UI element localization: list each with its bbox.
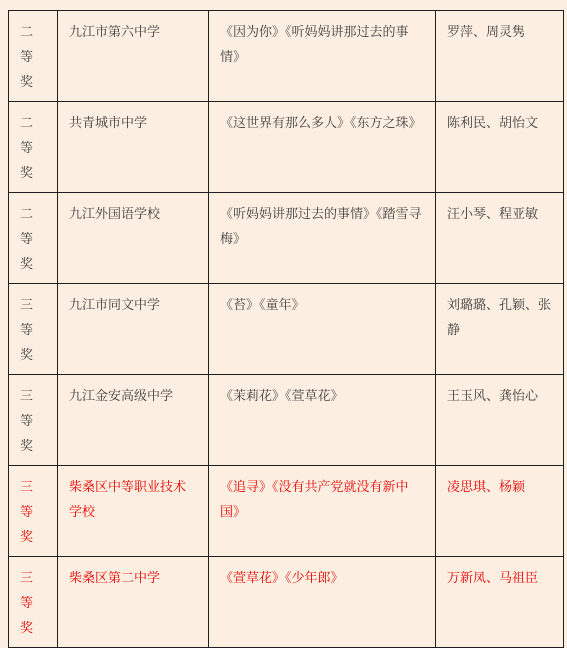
table-row-highlighted: 三 等 奖 柴桑区中等职业技术学校 《追寻》《没有共产党就没有新中国》 凌思琪、… xyxy=(9,466,564,557)
table-row: 二 等 奖 九江外国语学校 《听妈妈讲那过去的事情》《踏雪寻梅》 汪小琴、程亚敏 xyxy=(9,193,564,284)
page: 二 等 奖 九江市第六中学 《因为你》《听妈妈讲那过去的事情》 罗萍、周灵隽 二… xyxy=(0,0,567,411)
awards-table: 二 等 奖 九江市第六中学 《因为你》《听妈妈讲那过去的事情》 罗萍、周灵隽 二… xyxy=(8,10,564,648)
teachers-cell: 汪小琴、程亚敏 xyxy=(436,193,564,284)
school-cell: 九江市同文中学 xyxy=(58,284,209,375)
school-cell: 九江市第六中学 xyxy=(58,11,209,102)
songs-cell: 《萱草花》《少年郎》 xyxy=(209,557,436,648)
teachers-cell: 王玉风、龚怡心 xyxy=(436,375,564,466)
award-cell: 二 等 奖 xyxy=(9,11,58,102)
songs-cell: 《追寻》《没有共产党就没有新中国》 xyxy=(209,466,436,557)
table-row: 三 等 奖 九江市同文中学 《苔》《童年》 刘璐璐、孔颖、张静 xyxy=(9,284,564,375)
teachers-cell: 罗萍、周灵隽 xyxy=(436,11,564,102)
teachers-cell: 刘璐璐、孔颖、张静 xyxy=(436,284,564,375)
songs-cell: 《苔》《童年》 xyxy=(209,284,436,375)
school-cell: 柴桑区中等职业技术学校 xyxy=(58,466,209,557)
award-cell: 三 等 奖 xyxy=(9,466,58,557)
teachers-cell: 凌思琪、杨颖 xyxy=(436,466,564,557)
songs-cell: 《茉莉花》《萱草花》 xyxy=(209,375,436,466)
award-cell: 三 等 奖 xyxy=(9,375,58,466)
table-row: 二 等 奖 共青城市中学 《这世界有那么多人》《东方之珠》 陈利民、胡怡文 xyxy=(9,102,564,193)
teachers-cell: 陈利民、胡怡文 xyxy=(436,102,564,193)
school-cell: 柴桑区第二中学 xyxy=(58,557,209,648)
table-row: 三 等 奖 九江金安高级中学 《茉莉花》《萱草花》 王玉风、龚怡心 xyxy=(9,375,564,466)
award-cell: 三 等 奖 xyxy=(9,557,58,648)
table-row-highlighted: 三 等 奖 柴桑区第二中学 《萱草花》《少年郎》 万新凤、马祖臣 xyxy=(9,557,564,648)
award-cell: 二 等 奖 xyxy=(9,193,58,284)
songs-cell: 《因为你》《听妈妈讲那过去的事情》 xyxy=(209,11,436,102)
award-cell: 三 等 奖 xyxy=(9,284,58,375)
songs-cell: 《听妈妈讲那过去的事情》《踏雪寻梅》 xyxy=(209,193,436,284)
school-cell: 九江金安高级中学 xyxy=(58,375,209,466)
school-cell: 九江外国语学校 xyxy=(58,193,209,284)
table-row: 二 等 奖 九江市第六中学 《因为你》《听妈妈讲那过去的事情》 罗萍、周灵隽 xyxy=(9,11,564,102)
teachers-cell: 万新凤、马祖臣 xyxy=(436,557,564,648)
award-cell: 二 等 奖 xyxy=(9,102,58,193)
school-cell: 共青城市中学 xyxy=(58,102,209,193)
songs-cell: 《这世界有那么多人》《东方之珠》 xyxy=(209,102,436,193)
